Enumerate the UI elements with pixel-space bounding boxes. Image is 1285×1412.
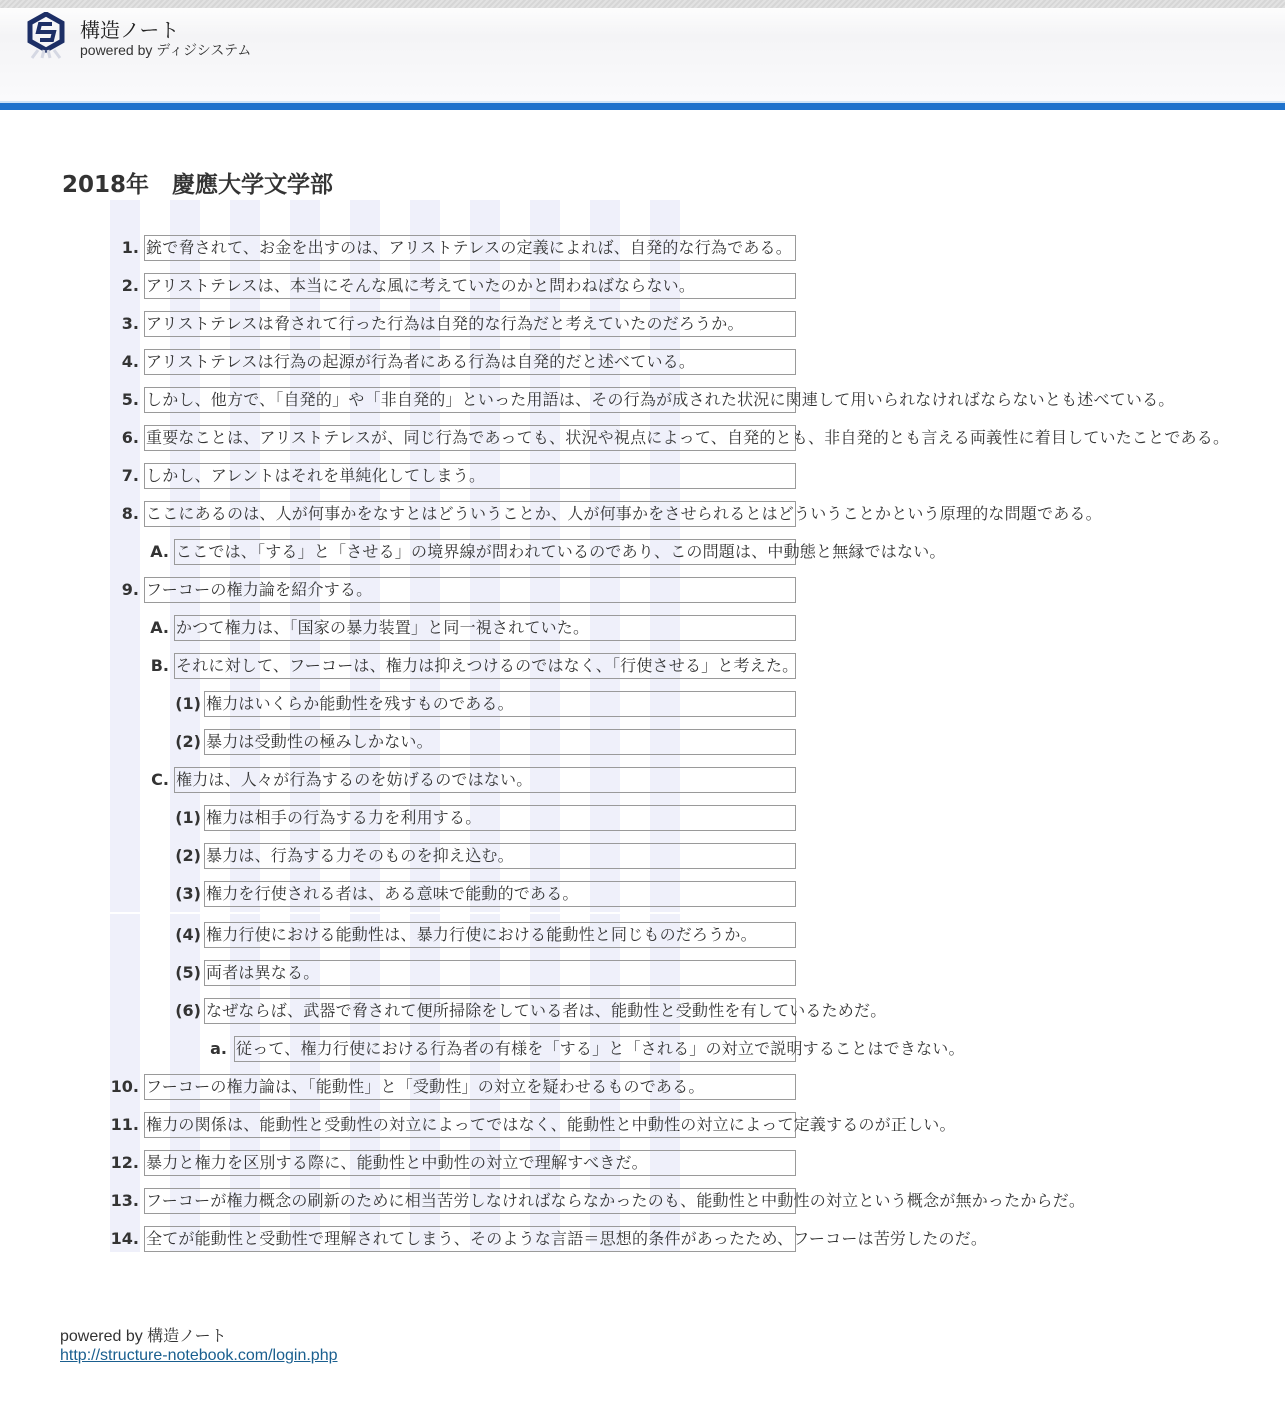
footer-login-link[interactable]: http://structure-notebook.com/login.php — [60, 1347, 338, 1365]
outline-item-label: (1) — [141, 805, 201, 831]
outline-item: (2)暴力は、行為する力そのものを抑え込む。 — [0, 843, 1285, 869]
brand-name: 構造ノート — [80, 14, 179, 43]
outline-item-label: (6) — [141, 998, 201, 1024]
logo-icon — [26, 12, 66, 60]
outline-item: (1)権力は相手の行為する力を利用する。 — [0, 805, 1285, 831]
outline-item: (3)権力を行使される者は、ある意味で能動的である。 — [0, 881, 1285, 907]
outline-item-text: 権力は相手の行為する力を利用する。 — [206, 805, 481, 831]
outline-item-label: 12. — [79, 1150, 139, 1176]
outline-item: 3.アリストテレスは脅されて行った行為は自発的な行為だと考えていたのだろうか。 — [0, 311, 1285, 337]
header-accent-bar — [0, 101, 1285, 110]
outline-item-text: 両者は異なる。 — [206, 960, 319, 986]
outline-item: 11.権力の関係は、能動性と受動性の対立によってではなく、能動性と中動性の対立に… — [0, 1112, 1285, 1138]
outline-item-label: 6. — [79, 425, 139, 451]
outline-item-text: 従って、権力行使における行為者の有様を「する」と「される」の対立で説明することは… — [236, 1036, 965, 1062]
outline-item: (6)なぜならば、武器で脅されて便所掃除をしている者は、能動性と受動性を有してい… — [0, 998, 1285, 1024]
outline-item: 4.アリストテレスは行為の起源が行為者にある行為は自発的だと述べている。 — [0, 349, 1285, 375]
outline-item-text: ここでは、「する」と「させる」の境界線が問われているのであり、この問題は、中動態… — [176, 539, 946, 565]
outline-item-label: C. — [109, 767, 169, 793]
outline-item-label: B. — [109, 653, 169, 679]
outline-item: 8.ここにあるのは、人が何事かをなすとはどういうことか、人が何事かをさせられると… — [0, 501, 1285, 527]
outline-item: 6.重要なことは、アリストテレスが、同じ行為であっても、状況や視点によって、自発… — [0, 425, 1285, 451]
outline-item: C.権力は、人々が行為するのを妨げるのではない。 — [0, 767, 1285, 793]
outline-item-text: しかし、他方で、「自発的」や「非自発的」といった用語は、その行為が成された状況に… — [146, 387, 1174, 413]
outline-item: (4)権力行使における能動性は、暴力行使における能動性と同じものだろうか。 — [0, 922, 1285, 948]
outline-item-label: a. — [167, 1036, 227, 1062]
outline-item-text: ここにあるのは、人が何事かをなすとはどういうことか、人が何事かをさせられるとはど… — [146, 501, 1102, 527]
brand-subtitle: powered by ディジシステム — [80, 40, 251, 60]
outline-item-text: 暴力は、行為する力そのものを抑え込む。 — [206, 843, 514, 869]
outline-item-label: 2. — [79, 273, 139, 299]
outline-item-label: A. — [109, 615, 169, 641]
outline-item-text: 銃で脅されて、お金を出すのは、アリストテレスの定義によれば、自発的な行為である。 — [146, 235, 792, 261]
page-title: 2018年 慶應大学文学部 — [62, 166, 333, 199]
outline-item-text: 権力はいくらか能動性を残すものである。 — [206, 691, 514, 717]
outline-item-label: 9. — [79, 577, 139, 603]
outline-item-label: (4) — [141, 922, 201, 948]
outline-item: 2.アリストテレスは、本当にそんな風に考えていたのかと問わねばならない。 — [0, 273, 1285, 299]
outline-item: 10.フーコーの権力論は、「能動性」と「受動性」の対立を疑わせるものである。 — [0, 1074, 1285, 1100]
outline-item-label: 14. — [79, 1226, 139, 1252]
outline-item-text: アリストテレスは行為の起源が行為者にある行為は自発的だと述べている。 — [146, 349, 695, 375]
outline-item: 14.全てが能動性と受動性で理解されてしまう、そのような言語＝思想的条件があった… — [0, 1226, 1285, 1252]
outline-item-text: アリストテレスは脅されて行った行為は自発的な行為だと考えていたのだろうか。 — [146, 311, 744, 337]
outline-item: A.かつて権力は、「国家の暴力装置」と同一視されていた。 — [0, 615, 1285, 641]
outline-item-label: 4. — [79, 349, 139, 375]
outline-item-text: 権力行使における能動性は、暴力行使における能動性と同じものだろうか。 — [206, 922, 757, 948]
outline-item-label: 8. — [79, 501, 139, 527]
outline-item-text: 権力は、人々が行為するのを妨げるのではない。 — [176, 767, 532, 793]
outline-item: (1)権力はいくらか能動性を残すものである。 — [0, 691, 1285, 717]
top-decor-strip — [0, 0, 1285, 8]
outline-item-text: かつて権力は、「国家の暴力装置」と同一視されていた。 — [176, 615, 589, 641]
outline-item: a.従って、権力行使における行為者の有様を「する」と「される」の対立で説明するこ… — [0, 1036, 1285, 1062]
outline-item-label: (3) — [141, 881, 201, 907]
outline-item-text: しかし、アレントはそれを単純化してしまう。 — [146, 463, 485, 489]
outline-item: 7.しかし、アレントはそれを単純化してしまう。 — [0, 463, 1285, 489]
outline-item-text: フーコーの権力論は、「能動性」と「受動性」の対立を疑わせるものである。 — [146, 1074, 705, 1100]
outline-item-text: フーコーが権力概念の刷新のために相当苦労しなければならなかったのも、能動性と中動… — [146, 1188, 1085, 1214]
outline-item-label: 11. — [79, 1112, 139, 1138]
outline-item-label: 10. — [79, 1074, 139, 1100]
outline-item-label: A. — [109, 539, 169, 565]
outline-item-label: (5) — [141, 960, 201, 986]
outline-item-label: 1. — [79, 235, 139, 261]
outline-item: 13.フーコーが権力概念の刷新のために相当苦労しなければならなかったのも、能動性… — [0, 1188, 1285, 1214]
outline-item-label: (1) — [141, 691, 201, 717]
outline-item-text: 暴力は受動性の極みしかない。 — [206, 729, 433, 755]
outline-item-text: 全てが能動性と受動性で理解されてしまう、そのような言語＝思想的条件があったため、… — [146, 1226, 987, 1252]
outline-item: 9.フーコーの権力論を紹介する。 — [0, 577, 1285, 603]
outline-item-text: 権力の関係は、能動性と受動性の対立によってではなく、能動性と中動性の対立によって… — [146, 1112, 956, 1138]
outline-item: (5)両者は異なる。 — [0, 960, 1285, 986]
outline-item-text: アリストテレスは、本当にそんな風に考えていたのかと問わねばならない。 — [146, 273, 695, 299]
outline-item: 12.暴力と権力を区別する際に、能動性と中動性の対立で理解すべきだ。 — [0, 1150, 1285, 1176]
outline-item: B.それに対して、フーコーは、権力は抑えつけるのではなく、「行使させる」と考えた… — [0, 653, 1285, 679]
outline-item: 5.しかし、他方で、「自発的」や「非自発的」といった用語は、その行為が成された状… — [0, 387, 1285, 413]
outline-item: A.ここでは、「する」と「させる」の境界線が問われているのであり、この問題は、中… — [0, 539, 1285, 565]
outline-item-label: 5. — [79, 387, 139, 413]
outline-item-label: 7. — [79, 463, 139, 489]
outline-item-text: 重要なことは、アリストテレスが、同じ行為であっても、状況や視点によって、自発的と… — [146, 425, 1229, 451]
outline-item-label: (2) — [141, 729, 201, 755]
outline-item-text: フーコーの権力論を紹介する。 — [146, 577, 372, 603]
outline-item: (2)暴力は受動性の極みしかない。 — [0, 729, 1285, 755]
outline-item-text: なぜならば、武器で脅されて便所掃除をしている者は、能動性と受動性を有しているため… — [206, 998, 886, 1024]
outline-item: 1.銃で脅されて、お金を出すのは、アリストテレスの定義によれば、自発的な行為であ… — [0, 235, 1285, 261]
outline-item-label: (2) — [141, 843, 201, 869]
outline-item-label: 13. — [79, 1188, 139, 1214]
outline-item-label: 3. — [79, 311, 139, 337]
outline-item-text: それに対して、フーコーは、権力は抑えつけるのではなく、「行使させる」と考えた。 — [176, 653, 798, 679]
outline-item-text: 権力を行使される者は、ある意味で能動的である。 — [206, 881, 579, 907]
footer-powered-by: powered by 構造ノート — [60, 1323, 227, 1346]
outline-item-text: 暴力と権力を区別する際に、能動性と中動性の対立で理解すべきだ。 — [146, 1150, 648, 1176]
